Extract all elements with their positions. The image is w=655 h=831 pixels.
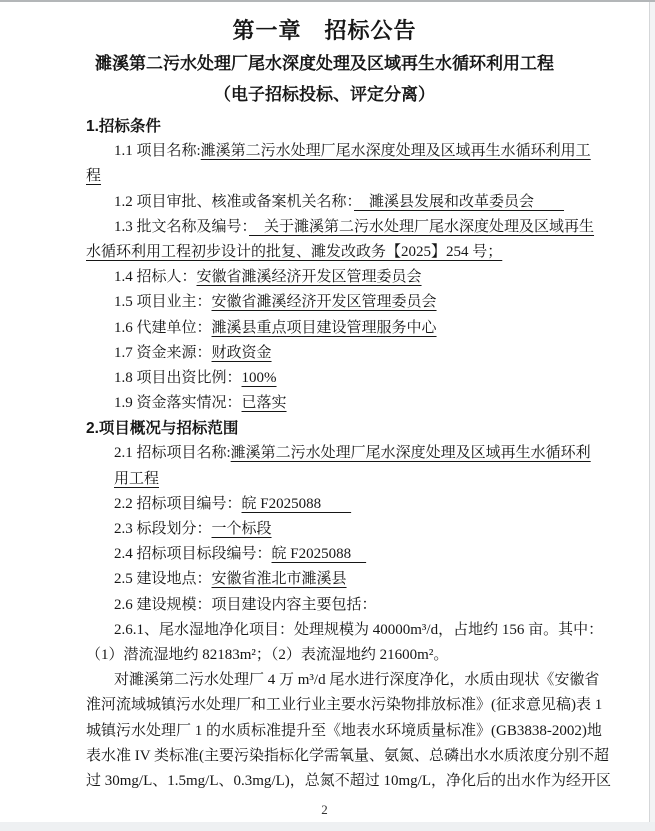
project-title: 濉溪第二污水处理厂尾水深度处理及区域再生水循环利用工程 <box>0 51 649 77</box>
text-segment: 城镇污水处理厂 1 的水质标准提升至《地表水环境质量标准》(GB3838-200… <box>86 723 602 739</box>
underlined-value: 皖 F2025088 <box>272 546 367 562</box>
doc-line: 1.1 项目名称:濉溪第二污水处理厂尾水深度处理及区域再生水循环利用工 <box>86 139 598 164</box>
document-body: 1.招标条件1.1 项目名称:濉溪第二污水处理厂尾水深度处理及区域再生水循环利用… <box>86 114 598 794</box>
text-segment: 1.5 项目业主： <box>114 294 212 310</box>
text-segment: 2.6.1、尾水湿地净化项目：处理规模为 40000m³/d，占地约 156 亩… <box>114 622 603 638</box>
doc-line: 水循环利用工程初步设计的批复、濉发改政务【2025】254 号； <box>86 240 598 265</box>
underlined-value: 濉溪县发展和改革委员会 <box>354 194 564 210</box>
page-number: 2 <box>0 802 649 818</box>
doc-line: 对濉溪第二污水处理厂 4 万 m³/d 尾水进行深度净化，水质由现状《安徽省 <box>86 668 598 693</box>
doc-line: 2.6 建设规模：项目建设内容主要包括： <box>86 593 598 618</box>
doc-line: 1.3 批文名称及编号： 关于濉溪第二污水处理厂尾水深度处理及区域再生 <box>86 215 598 240</box>
doc-line: （1）潜流湿地约 82183m²；（2）表流湿地约 21600m²。 <box>86 643 598 668</box>
doc-line: 表水准 IV 类标准(主要污染指标化学需氧量、氨氮、总磷出水水质浓度分别不超 <box>86 744 598 769</box>
text-segment: 2.4 招标项目标段编号： <box>114 546 272 562</box>
doc-line: 1.5 项目业主：安徽省濉溪经济开发区管理委员会 <box>86 290 598 315</box>
underlined-value: 已落实 <box>242 395 287 411</box>
doc-line: 2.1 招标项目名称:濉溪第二污水处理厂尾水深度处理及区域再生水循环利 <box>86 441 598 466</box>
text-segment: 1.招标条件 <box>86 118 161 135</box>
doc-line: 1.8 项目出资比例：100% <box>86 366 598 391</box>
underlined-value: 安徽省淮北市濉溪县 <box>212 571 347 587</box>
doc-line: 2.项目概况与招标范围 <box>86 416 598 441</box>
doc-line: 2.2 招标项目编号：皖 F2025088 <box>86 492 598 517</box>
text-segment: 1.9 资金落实情况： <box>114 395 242 411</box>
sub-title: （电子招标投标、评定分离） <box>0 82 649 108</box>
doc-line: 2.6.1、尾水湿地净化项目：处理规模为 40000m³/d，占地约 156 亩… <box>86 618 598 643</box>
doc-line: 2.5 建设地点：安徽省淮北市濉溪县 <box>86 567 598 592</box>
doc-line: 1.6 代建单位：濉溪县重点项目建设管理服务中心 <box>86 316 598 341</box>
text-segment: 2.5 建设地点： <box>114 571 212 587</box>
doc-line: 淮河流域城镇污水处理厂和工业行业主要水污染物排放标准》(征求意见稿)表 1 <box>86 693 598 718</box>
underlined-value: 安徽省濉溪经济开发区管理委员会 <box>212 294 437 310</box>
text-segment: 淮河流域城镇污水处理厂和工业行业主要水污染物排放标准》(征求意见稿)表 1 <box>86 697 602 713</box>
text-segment: 1.3 批文名称及编号： <box>114 219 249 235</box>
underlined-value: 财政资金 <box>212 345 272 361</box>
doc-line: 用工程 <box>86 467 598 492</box>
underlined-value: 水循环利用工程初步设计的批复、濉发改政务【2025】254 号； <box>86 244 502 260</box>
title-block: 第一章 招标公告 濉溪第二污水处理厂尾水深度处理及区域再生水循环利用工程 （电子… <box>0 2 649 108</box>
doc-line: 1.7 资金来源：财政资金 <box>86 341 598 366</box>
text-segment: 2.1 招标项目名称: <box>114 445 231 461</box>
document-viewport: 第一章 招标公告 濉溪第二污水处理厂尾水深度处理及区域再生水循环利用工程 （电子… <box>0 0 655 831</box>
underlined-value: 关于濉溪第二污水处理厂尾水深度处理及区域再生 <box>249 219 594 235</box>
text-segment: 1.2 项目审批、核准或备案机关名称： <box>114 194 354 210</box>
underlined-value: 用工程 <box>114 471 159 487</box>
document-page: 第一章 招标公告 濉溪第二污水处理厂尾水深度处理及区域再生水循环利用工程 （电子… <box>0 2 649 822</box>
underlined-value: 皖 F2025088 <box>242 496 352 512</box>
text-segment: 2.3 标段划分： <box>114 521 212 537</box>
underlined-value: 濉溪第二污水处理厂尾水深度处理及区域再生水循环利用工 <box>201 143 591 159</box>
underlined-value: 100% <box>242 370 277 386</box>
text-segment: 2.项目概况与招标范围 <box>86 420 238 437</box>
text-segment: 1.7 资金来源： <box>114 345 212 361</box>
text-segment: （1）潜流湿地约 82183m²；（2）表流湿地约 21600m²。 <box>86 647 448 663</box>
doc-line: 1.4 招标人：安徽省濉溪经济开发区管理委员会 <box>86 265 598 290</box>
text-segment: 2.6 建设规模：项目建设内容主要包括： <box>114 597 377 613</box>
underlined-value: 濉溪第二污水处理厂尾水深度处理及区域再生水循环利 <box>231 445 591 461</box>
page-bottom-gutter <box>0 822 655 831</box>
doc-line: 2.3 标段划分：一个标段 <box>86 517 598 542</box>
doc-line: 1.招标条件 <box>86 114 598 139</box>
text-segment: 2.2 招标项目编号： <box>114 496 242 512</box>
text-segment: 对濉溪第二污水处理厂 4 万 m³/d 尾水进行深度净化，水质由现状《安徽省 <box>114 672 599 688</box>
chapter-title: 第一章 招标公告 <box>0 16 649 46</box>
page-right-gutter <box>649 2 655 822</box>
underlined-value: 一个标段 <box>212 521 272 537</box>
text-segment: 1.6 代建单位： <box>114 320 212 336</box>
text-segment: 1.8 项目出资比例： <box>114 370 242 386</box>
text-segment: 1.4 招标人： <box>114 269 197 285</box>
underlined-value: 安徽省濉溪经济开发区管理委员会 <box>197 269 422 285</box>
underlined-value: 濉溪县重点项目建设管理服务中心 <box>212 320 437 336</box>
text-segment: 过 30mg/L、1.5mg/L、0.3mg/L)，总氮不超过 10mg/L，净… <box>86 773 611 789</box>
underlined-value: 程 <box>86 168 101 184</box>
text-segment: 表水准 IV 类标准(主要污染指标化学需氧量、氨氮、总磷出水水质浓度分别不超 <box>86 748 609 764</box>
text-segment: 1.1 项目名称: <box>114 143 201 159</box>
doc-line: 程 <box>86 164 598 189</box>
doc-line: 2.4 招标项目标段编号：皖 F2025088 <box>86 542 598 567</box>
doc-line: 1.2 项目审批、核准或备案机关名称： 濉溪县发展和改革委员会 <box>86 190 598 215</box>
doc-line: 城镇污水处理厂 1 的水质标准提升至《地表水环境质量标准》(GB3838-200… <box>86 719 598 744</box>
doc-line: 1.9 资金落实情况：已落实 <box>86 391 598 416</box>
doc-line: 过 30mg/L、1.5mg/L、0.3mg/L)，总氮不超过 10mg/L，净… <box>86 769 598 794</box>
